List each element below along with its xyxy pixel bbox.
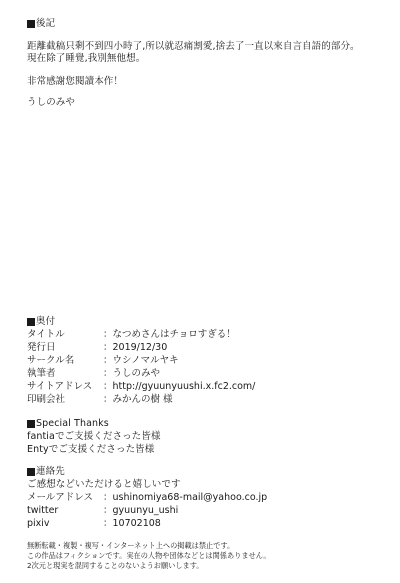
contact-heading: 連絡先 <box>27 466 65 478</box>
square-bullet-icon <box>27 20 35 28</box>
afterword-paragraph-line: 距離截稿只剩不到四小時了,所以就忍痛割愛,捨去了一直以來自言自語的部分。 <box>27 41 360 53</box>
contact-row-pixiv: pixiv ：10702108 <box>27 518 161 530</box>
disclaimer-line: 2次元と現実を混同することのないようお願いします。 <box>27 561 204 571</box>
colophon-row-title: タイトル ：なつめさんはチョロすぎる！ <box>27 329 236 341</box>
afterword-page: 後記 距離截稿只剩不到四小時了,所以就忍痛割愛,捨去了一直以來自言自語的部分。 … <box>0 0 400 583</box>
square-bullet-icon <box>27 420 35 428</box>
site-url-link: ：http://gyuunyuushi.x.fc2.com/ <box>103 381 255 393</box>
square-bullet-icon <box>27 318 35 326</box>
contact-intro: ご感想などいただけると嬉しいです <box>27 479 181 491</box>
afterword-signature: うしのみや <box>27 97 75 109</box>
special-thanks-line: fantiaでご支援くださった皆様 <box>27 431 161 443</box>
colophon-row-circle: サークル名 ：ウシノマルヤキ <box>27 355 179 367</box>
square-bullet-icon <box>27 468 35 476</box>
disclaimer-line: この作品はフィクションです。実在の人物や団体などとは関係ありません。 <box>27 551 271 561</box>
afterword-thanks: 非常感謝您閱讀本作！ <box>27 76 123 88</box>
contact-row-twitter: twitter ：gyuunyu_ushi <box>27 505 178 517</box>
afterword-heading: 後記 <box>27 18 55 30</box>
afterword-paragraph-line: 現在除了睡覺,我別無他想。 <box>27 53 145 65</box>
colophon-row-author: 執筆者 ：うしのみや <box>27 368 160 380</box>
special-thanks-line: Entyでご支援くださった皆様 <box>27 444 154 456</box>
disclaimer-line: 無断転載・複製・複写・インターネット上への掲載は禁止です。 <box>27 541 234 551</box>
colophon-row-date: 発行日 ：2019/12/30 <box>27 342 167 354</box>
contact-row-email: メールアドレス ：ushinomiya68-mail@yahoo.co.jp <box>27 492 267 504</box>
colophon-row-site: サイトアドレス ：http://gyuunyuushi.x.fc2.com/ <box>27 381 255 393</box>
special-thanks-heading: Special Thanks <box>27 418 109 430</box>
colophon-row-printer: 印刷会社 ：みかんの樹 様 <box>27 394 173 406</box>
colophon-heading: 奥付 <box>27 316 55 328</box>
